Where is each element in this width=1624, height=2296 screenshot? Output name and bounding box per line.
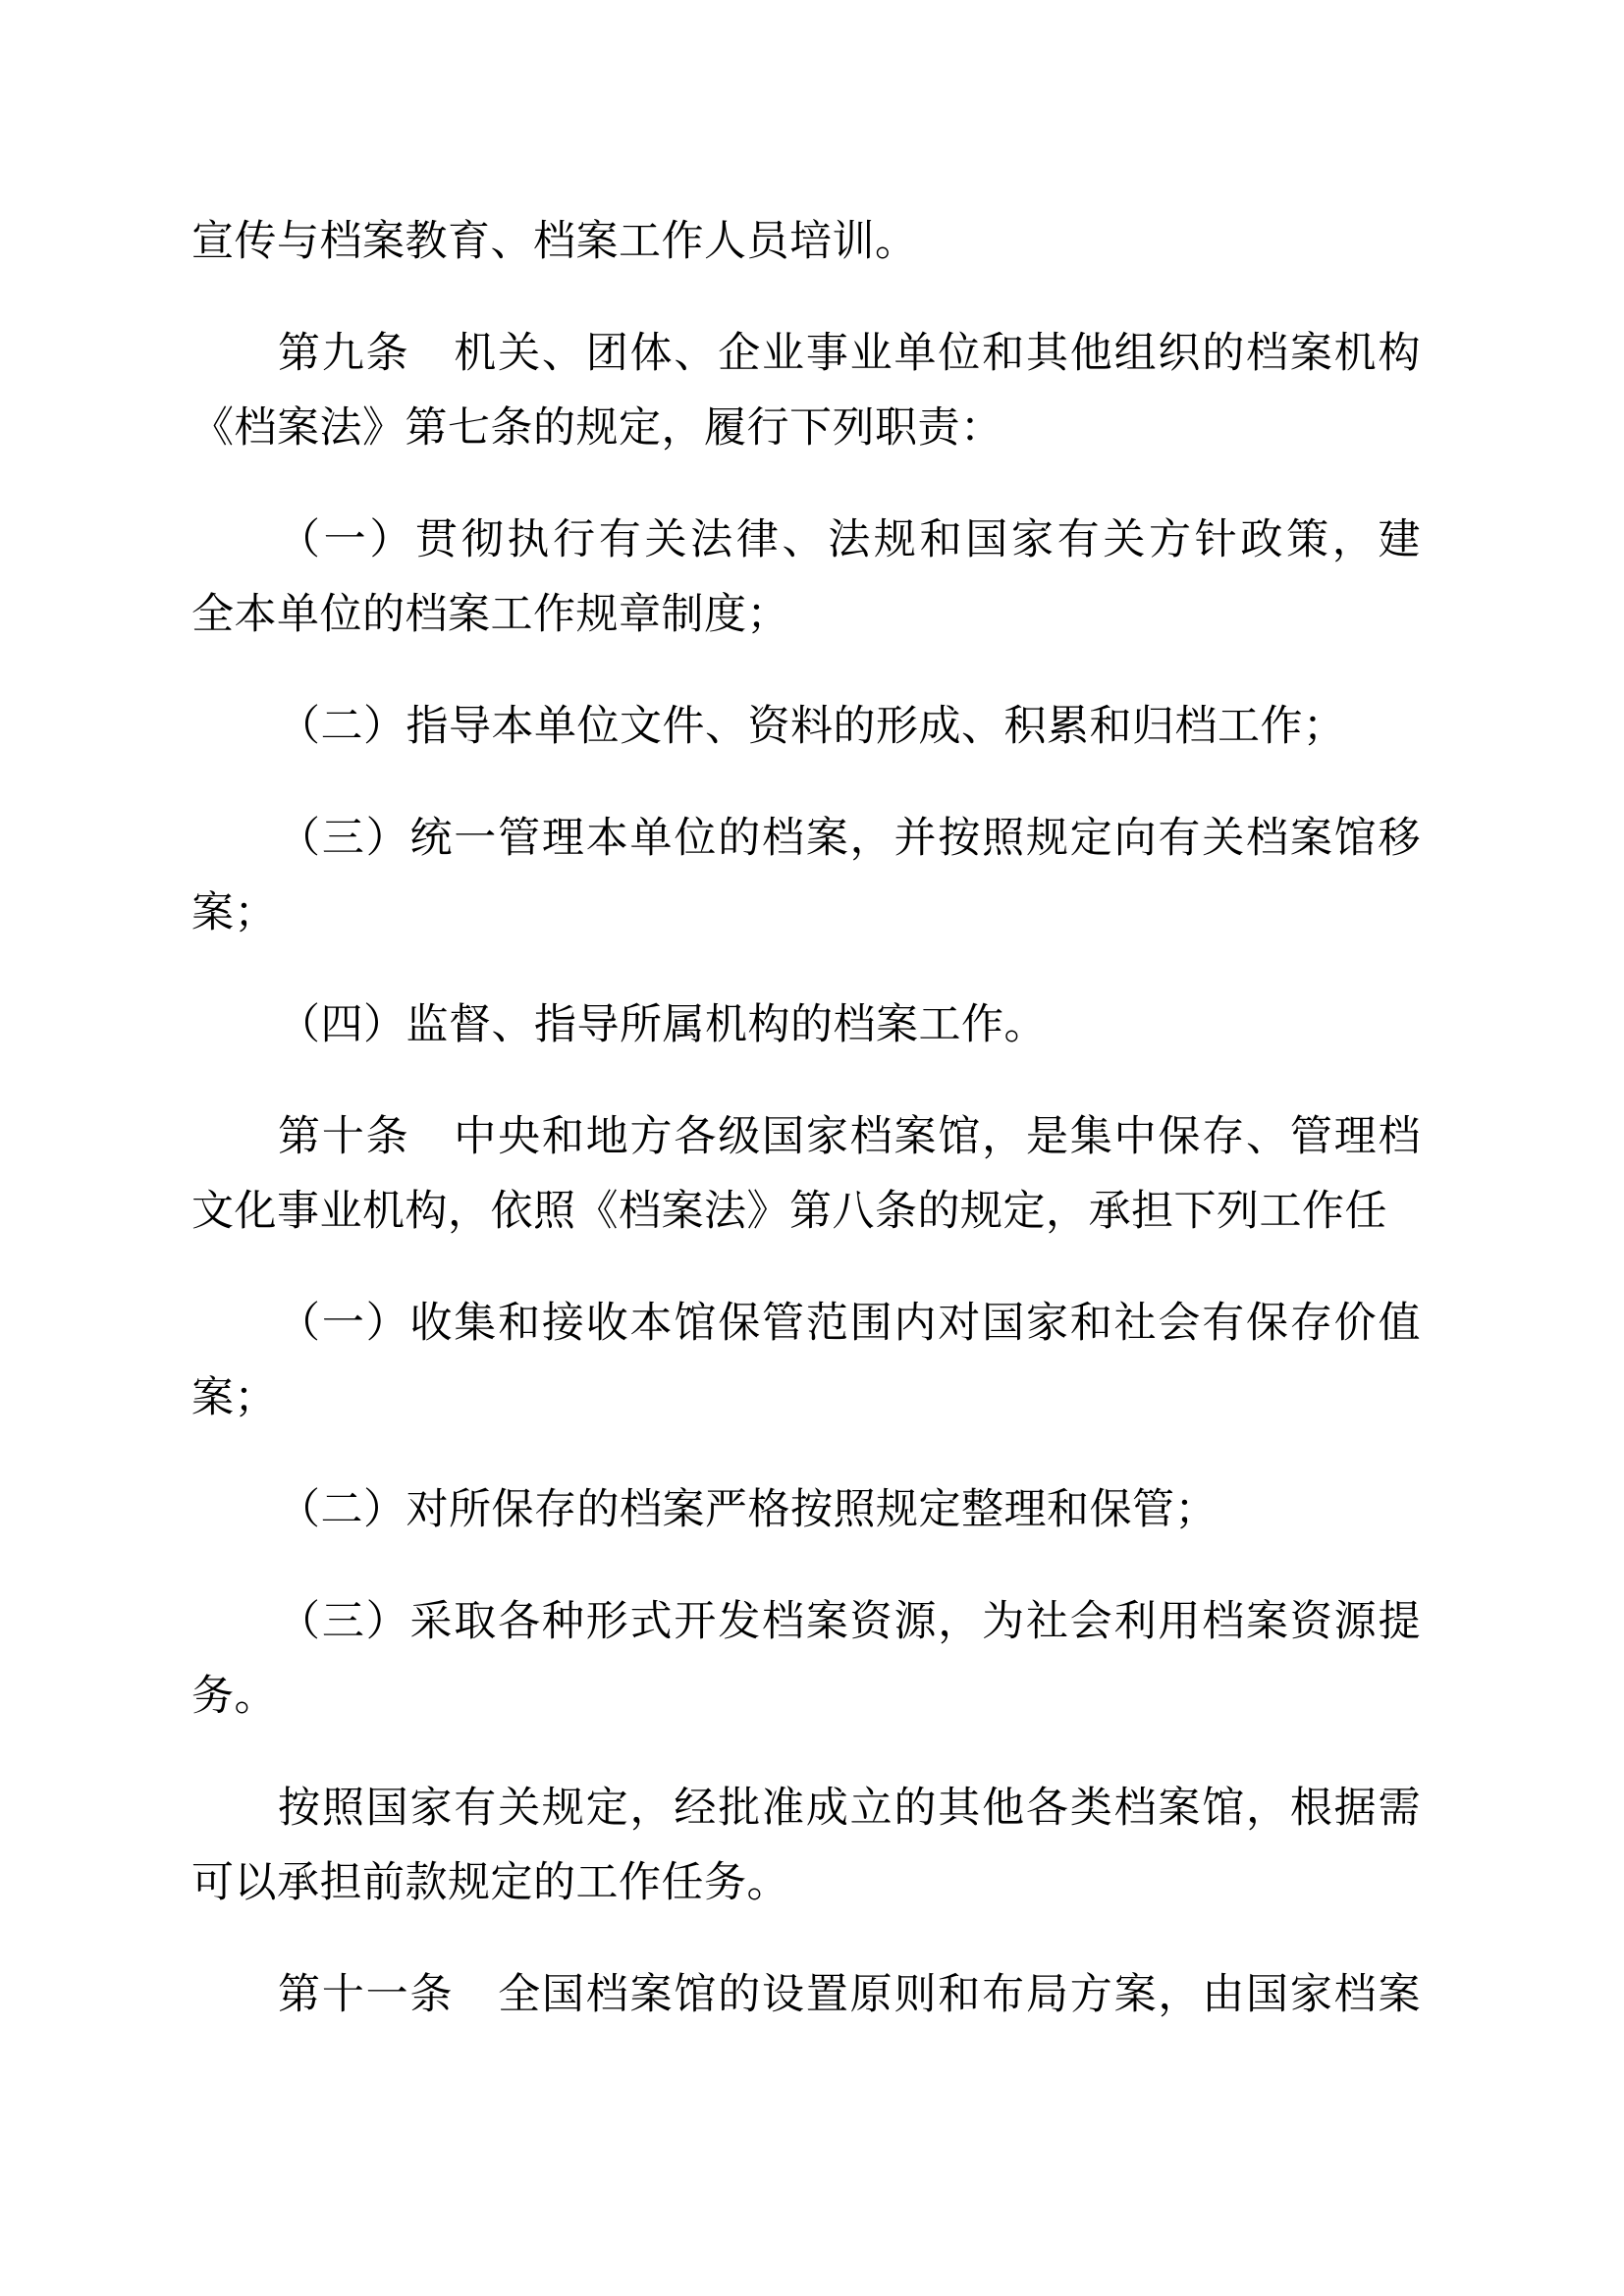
text-line: 文化事业机构，依照《档案法》第八条的规定，承担下列工作任务： (191, 1175, 1421, 1250)
text-line: 务。 (191, 1660, 1421, 1735)
document-page: 宣传与档案教育、档案工作人员培训。第九条 机关、团体、企业事业单位和其他组织的档… (0, 0, 1624, 2296)
text-line: （二）指导本单位文件、资料的形成、积累和归档工作； (191, 690, 1421, 765)
text-line: 全本单位的档案工作规章制度； (191, 578, 1421, 653)
text-line: 第十一条 全国档案馆的设置原则和布局方案，由国家档案局制 (191, 1958, 1421, 2033)
paragraph: 宣传与档案教育、档案工作人员培训。 (191, 205, 1421, 280)
document-body: 宣传与档案教育、档案工作人员培训。第九条 机关、团体、企业事业单位和其他组织的档… (191, 205, 1421, 2033)
text-line: （三）统一管理本单位的档案，并按照规定向有关档案馆移交档 (191, 802, 1421, 877)
text-line: 案； (191, 877, 1421, 951)
paragraph: （一）贯彻执行有关法律、法规和国家有关方针政策，建立、健全本单位的档案工作规章制… (191, 504, 1421, 653)
text-line: 第十条 中央和地方各级国家档案馆，是集中保存、管理档案的 (191, 1100, 1421, 1175)
paragraph: （三）统一管理本单位的档案，并按照规定向有关档案馆移交档案； (191, 802, 1421, 951)
paragraph: （一）收集和接收本馆保管范围内对国家和社会有保存价值的档案； (191, 1287, 1421, 1436)
text-line: （一）贯彻执行有关法律、法规和国家有关方针政策，建立、健 (191, 504, 1421, 578)
paragraph: （二）指导本单位文件、资料的形成、积累和归档工作； (191, 690, 1421, 765)
text-line: （二）对所保存的档案严格按照规定整理和保管； (191, 1473, 1421, 1548)
paragraph: 第十条 中央和地方各级国家档案馆，是集中保存、管理档案的文化事业机构，依照《档案… (191, 1100, 1421, 1250)
text-line: （三）采取各种形式开发档案资源，为社会利用档案资源提供服 (191, 1585, 1421, 1660)
paragraph: 第九条 机关、团体、企业事业单位和其他组织的档案机构依照《档案法》第七条的规定，… (191, 317, 1421, 466)
text-line: （四）监督、指导所属机构的档案工作。 (191, 988, 1421, 1063)
text-line: 宣传与档案教育、档案工作人员培训。 (191, 205, 1421, 280)
paragraph: 按照国家有关规定，经批准成立的其他各类档案馆，根据需要，可以承担前款规定的工作任… (191, 1772, 1421, 1921)
text-line: （一）收集和接收本馆保管范围内对国家和社会有保存价值的档 (191, 1287, 1421, 1362)
paragraph: （四）监督、指导所属机构的档案工作。 (191, 988, 1421, 1063)
text-line: 《档案法》第七条的规定，履行下列职责： (191, 392, 1421, 466)
text-line: 第九条 机关、团体、企业事业单位和其他组织的档案机构依照 (191, 317, 1421, 392)
paragraph: （二）对所保存的档案严格按照规定整理和保管； (191, 1473, 1421, 1548)
paragraph: 第十一条 全国档案馆的设置原则和布局方案，由国家档案局制 (191, 1958, 1421, 2033)
text-line: 可以承担前款规定的工作任务。 (191, 1846, 1421, 1921)
paragraph: （三）采取各种形式开发档案资源，为社会利用档案资源提供服务。 (191, 1585, 1421, 1735)
text-line: 按照国家有关规定，经批准成立的其他各类档案馆，根据需要， (191, 1772, 1421, 1846)
text-line: 案； (191, 1362, 1421, 1436)
